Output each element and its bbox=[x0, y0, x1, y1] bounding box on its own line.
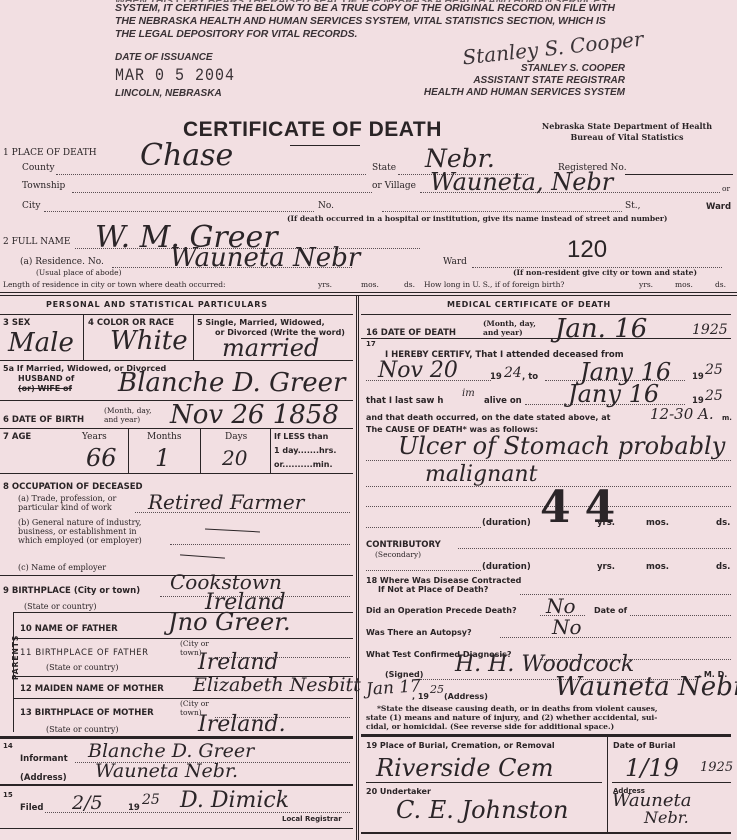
filed-date: 2/5 bbox=[72, 792, 103, 814]
death-time: 12-30 A. bbox=[650, 405, 714, 423]
industry-label-2: business, or establishment in bbox=[18, 527, 137, 536]
rule bbox=[361, 338, 731, 339]
footnote-line-1: *State the disease causing death, or in … bbox=[377, 704, 658, 713]
burial-date: 1/19 bbox=[625, 754, 679, 782]
department-heading: Nebraska State Department of Health Bure… bbox=[522, 121, 732, 143]
informant-address-label: (Address) bbox=[20, 773, 67, 783]
city-label: City bbox=[22, 201, 40, 211]
registrar-title: ASSISTANT STATE REGISTRAR bbox=[424, 75, 625, 87]
ds-label: ds. bbox=[404, 280, 415, 289]
trade-label-1: (a) Trade, profession, or bbox=[18, 494, 116, 503]
county-line bbox=[56, 174, 366, 175]
residence-value: Wauneta Nebr bbox=[170, 243, 360, 273]
full-name-label: 2 FULL NAME bbox=[3, 237, 70, 247]
death-time-suffix: m. bbox=[722, 414, 732, 422]
rule bbox=[0, 360, 353, 361]
attended-from: Nov 20 bbox=[378, 358, 458, 383]
days-label: Days bbox=[225, 432, 247, 442]
county-label: County bbox=[22, 163, 55, 173]
signed-year: 25 bbox=[430, 683, 444, 696]
issued-city: LINCOLN, NEBRASKA bbox=[115, 88, 222, 99]
dept-line-1: Nebraska State Department of Health bbox=[522, 121, 732, 132]
township-line bbox=[72, 192, 372, 193]
certify-number: 17 bbox=[366, 340, 376, 348]
operation-label: Did an Operation Precede Death? bbox=[366, 606, 517, 615]
heavy-rule bbox=[361, 734, 731, 737]
burial-place-label: 19 Place of Burial, Cremation, or Remova… bbox=[366, 741, 555, 750]
father-label: 10 NAME OF FATHER bbox=[20, 624, 118, 634]
to-label: , to bbox=[522, 372, 538, 382]
industry-line bbox=[170, 544, 350, 545]
footnote-line-3: cidal, or homicidal. (See reverse side f… bbox=[366, 722, 614, 731]
local-registrar-signature: D. Dimick bbox=[180, 788, 289, 813]
months-label: Months bbox=[147, 432, 181, 442]
filed-number: 15 bbox=[3, 791, 13, 799]
mos-label: mos. bbox=[646, 518, 669, 528]
days-value: 20 bbox=[222, 446, 247, 470]
heavy-rule bbox=[0, 736, 353, 739]
cell-divider bbox=[83, 314, 84, 360]
duration-pre-line bbox=[366, 527, 481, 528]
registered-no-line bbox=[625, 174, 733, 175]
filed-year-prefix: 19 bbox=[128, 803, 140, 813]
mother-label: 12 MAIDEN NAME OF MOTHER bbox=[20, 684, 164, 694]
contributory-label: CONTRIBUTORY bbox=[366, 540, 441, 550]
mother-value: Elizabeth Nesbitt bbox=[193, 674, 361, 696]
city-line bbox=[44, 211, 314, 212]
industry-label-1: (b) General nature of industry, bbox=[18, 518, 141, 527]
burial-place: Riverside Cem bbox=[376, 754, 554, 782]
banner-line: THE NEBRASKA HEALTH AND HUMAN SERVICES S… bbox=[115, 15, 635, 28]
street-line bbox=[382, 211, 622, 212]
state-country-label: (State or country) bbox=[24, 602, 97, 611]
father-value: Jno Greer. bbox=[168, 608, 291, 636]
father-state-country-label: (State or country) bbox=[46, 663, 119, 672]
or-label: or bbox=[722, 184, 730, 193]
foreign-birth-label: How long in U. S., if of foreign birth? bbox=[424, 280, 564, 289]
physician-address: Wauneta Nebr bbox=[555, 672, 737, 702]
spouse-label-2: HUSBAND of bbox=[18, 374, 74, 383]
township-label: Township bbox=[22, 181, 65, 191]
autopsy-value: No bbox=[552, 615, 582, 639]
county-value: Chase bbox=[140, 138, 233, 173]
registrar-org: HEALTH AND HUMAN SERVICES SYSTEM bbox=[424, 87, 625, 99]
secondary-label: (Secondary) bbox=[375, 550, 421, 559]
employer-label: (c) Name of employer bbox=[18, 563, 106, 572]
autopsy-line bbox=[500, 637, 731, 638]
yrs-label: yrs. bbox=[597, 518, 615, 528]
cell-divider bbox=[270, 428, 271, 473]
duration2-pre-line bbox=[366, 570, 481, 571]
foreign-yrs: yrs. bbox=[639, 280, 653, 289]
date-of-label: Date of bbox=[594, 606, 627, 615]
age-label: 7 AGE bbox=[3, 432, 31, 442]
parents-side-label: PARENTS bbox=[11, 635, 20, 680]
burial-divider bbox=[607, 737, 608, 833]
cell-divider bbox=[128, 428, 129, 473]
local-registrar-label: Local Registrar bbox=[282, 815, 342, 823]
dob-label: 6 DATE OF BIRTH bbox=[3, 415, 84, 425]
column-divider bbox=[356, 295, 359, 840]
contracted-label-1: 18 Where Was Disease Contracted bbox=[366, 576, 521, 585]
mother-birth-country: Ireland. bbox=[198, 712, 286, 737]
cell-divider bbox=[200, 428, 201, 473]
rule bbox=[612, 782, 731, 783]
industry-dash bbox=[205, 529, 260, 533]
village-value: Wauneta, Nebr bbox=[430, 168, 613, 196]
hospital-note: (If death occurred in a hospital or inst… bbox=[287, 214, 667, 223]
last-saw-date: Jany 16 bbox=[568, 380, 659, 408]
rule bbox=[366, 782, 602, 783]
foreign-ds: ds. bbox=[715, 280, 726, 289]
length-residence-label: Length of residence in city or town wher… bbox=[3, 280, 226, 289]
less-than-label: If LESS than bbox=[274, 432, 328, 441]
section-rule bbox=[0, 295, 737, 296]
state-label: State bbox=[372, 163, 396, 173]
informant-value: Blanche D. Greer bbox=[88, 740, 254, 762]
race-value: White bbox=[110, 326, 188, 356]
industry-label-3: which employed (or employer) bbox=[18, 536, 142, 545]
ward-label: Ward bbox=[706, 202, 731, 212]
residence-label: (a) Residence. No. bbox=[20, 257, 104, 267]
death-time-label: and that death occurred, on the date sta… bbox=[366, 413, 610, 422]
cell-divider bbox=[193, 314, 194, 360]
section-rule bbox=[0, 292, 737, 293]
duration-digit: 4 bbox=[540, 482, 585, 533]
heavy-rule bbox=[0, 784, 353, 786]
rule bbox=[361, 314, 731, 315]
burial-date-label: Date of Burial bbox=[613, 741, 675, 750]
father-birthplace-label: 11 BIRTHPLACE OF FATHER bbox=[20, 648, 149, 658]
contracted-label-2: If Not at Place of Death? bbox=[378, 585, 488, 594]
autopsy-label: Was There an Autopsy? bbox=[366, 628, 472, 637]
marital-label-1: 5 Single, Married, Widowed, bbox=[197, 318, 325, 327]
dod-hint: (Month, day, and year) bbox=[483, 319, 543, 337]
spouse-value: Blanche D. Greer bbox=[118, 368, 345, 398]
place-of-death-label: 1 PLACE OF DEATH bbox=[3, 148, 97, 158]
sex-label: 3 SEX bbox=[3, 318, 30, 328]
birthplace-label: 9 BIRTHPLACE (City or town) bbox=[3, 586, 140, 596]
burial-address-line2: Nebr. bbox=[644, 808, 689, 827]
mos-label-2: mos. bbox=[646, 562, 669, 572]
duration-label-2: (duration) bbox=[482, 562, 531, 572]
last-saw-year: 25 bbox=[705, 388, 723, 404]
dod-label: 16 DATE OF DEATH bbox=[366, 328, 456, 338]
years-value: 66 bbox=[86, 444, 117, 472]
cause-line2: malignant bbox=[425, 462, 537, 487]
from-year-prefix: 19 bbox=[490, 372, 502, 382]
burial-year: 1925 bbox=[700, 760, 733, 775]
last-saw-pronoun: im bbox=[462, 388, 475, 399]
trade-value: Retired Farmer bbox=[148, 490, 304, 514]
rule bbox=[0, 428, 353, 429]
rule bbox=[0, 473, 353, 474]
record-number: 120 bbox=[567, 236, 607, 264]
yrs-label: yrs. bbox=[318, 280, 332, 289]
trade-label-2: particular kind of work bbox=[18, 503, 112, 512]
registrar-name: STANLEY S. COOPER bbox=[424, 63, 625, 75]
mother-state-country-label: (State or country) bbox=[46, 725, 119, 734]
village-label: or Village bbox=[372, 181, 416, 191]
ward-label-2: Ward bbox=[443, 257, 467, 267]
filed-label: Filed bbox=[20, 803, 43, 813]
personal-section-title: PERSONAL AND STATISTICAL PARTICULARS bbox=[46, 300, 268, 309]
marital-value: married bbox=[222, 334, 319, 362]
footnote-line-2: state (1) means and nature of injury, an… bbox=[366, 713, 657, 722]
dob-value: Nov 26 1858 bbox=[170, 400, 339, 430]
title-underline bbox=[290, 145, 360, 146]
contributory-line bbox=[458, 548, 731, 549]
state-registrar-block: STANLEY S. COOPER ASSISTANT STATE REGIST… bbox=[424, 63, 625, 99]
dob-hint: (Month, day, and year) bbox=[104, 406, 162, 424]
rule bbox=[0, 828, 353, 829]
date-of-issuance-stamp: MAR 0 5 2004 bbox=[115, 66, 235, 86]
mother-birthplace-label: 13 BIRTHPLACE OF MOTHER bbox=[20, 708, 154, 718]
spouse-label-3: (or) WIFE of bbox=[18, 384, 72, 393]
to-year-prefix: 19 bbox=[692, 372, 704, 382]
heavy-rule bbox=[361, 832, 731, 834]
alive-on-label: alive on bbox=[484, 396, 522, 406]
date-of-line bbox=[630, 615, 731, 616]
informant-number: 14 bbox=[3, 742, 13, 750]
duration-value: 44 bbox=[540, 482, 629, 533]
months-value: 1 bbox=[155, 444, 170, 472]
less-min-label: or..........min. bbox=[274, 460, 333, 469]
informant-address: Wauneta Nebr. bbox=[95, 760, 238, 782]
cause-line-1 bbox=[366, 460, 731, 461]
from-year: 24 bbox=[504, 365, 522, 381]
abode-note: (Usual place of abode) bbox=[36, 268, 122, 277]
ds-label-2: ds. bbox=[716, 562, 730, 572]
less-hrs-label: 1 day.......hrs. bbox=[274, 446, 336, 455]
foreign-mos: mos. bbox=[675, 280, 693, 289]
nonresident-note: (If non-resident give city or town and s… bbox=[513, 268, 697, 277]
undertaker-value: C. E. Johnston bbox=[396, 796, 568, 824]
last-saw-label: that I last saw h bbox=[366, 396, 443, 406]
rule bbox=[0, 314, 353, 315]
signed-year-prefix: , 19 bbox=[412, 692, 429, 701]
occupation-label: 8 OCCUPATION OF DECEASED bbox=[3, 482, 143, 492]
no-label: No. bbox=[318, 201, 334, 211]
dod-value: Jan. 16 bbox=[555, 314, 647, 344]
sex-value: Male bbox=[8, 328, 74, 358]
ds-label: ds. bbox=[716, 518, 730, 528]
yrs-label-2: yrs. bbox=[597, 562, 615, 572]
undertaker-label: 20 Undertaker bbox=[366, 787, 431, 796]
years-label: Years bbox=[82, 432, 107, 442]
dod-year: 1925 bbox=[692, 322, 728, 338]
duration-label: (duration) bbox=[482, 518, 531, 528]
father-birth-country: Ireland bbox=[198, 650, 279, 675]
informant-label: Informant bbox=[20, 754, 68, 764]
to-year: 25 bbox=[705, 362, 723, 378]
date-of-issuance-label: DATE OF ISSUANCE bbox=[115, 52, 213, 63]
dept-line-2: Bureau of Vital Statistics bbox=[522, 132, 732, 143]
physician-address-label: (Address) bbox=[444, 692, 488, 701]
cause-line1: Ulcer of Stomach probably bbox=[398, 432, 725, 460]
st-label: St., bbox=[625, 201, 641, 211]
medical-section-title: MEDICAL CERTIFICATE OF DEATH bbox=[447, 300, 611, 309]
employer-dash bbox=[180, 554, 225, 558]
banner-line: SYSTEM, IT CERTIFIES THE BELOW TO BE A T… bbox=[115, 2, 635, 15]
mos-label: mos. bbox=[361, 280, 379, 289]
filed-year: 25 bbox=[142, 792, 160, 808]
